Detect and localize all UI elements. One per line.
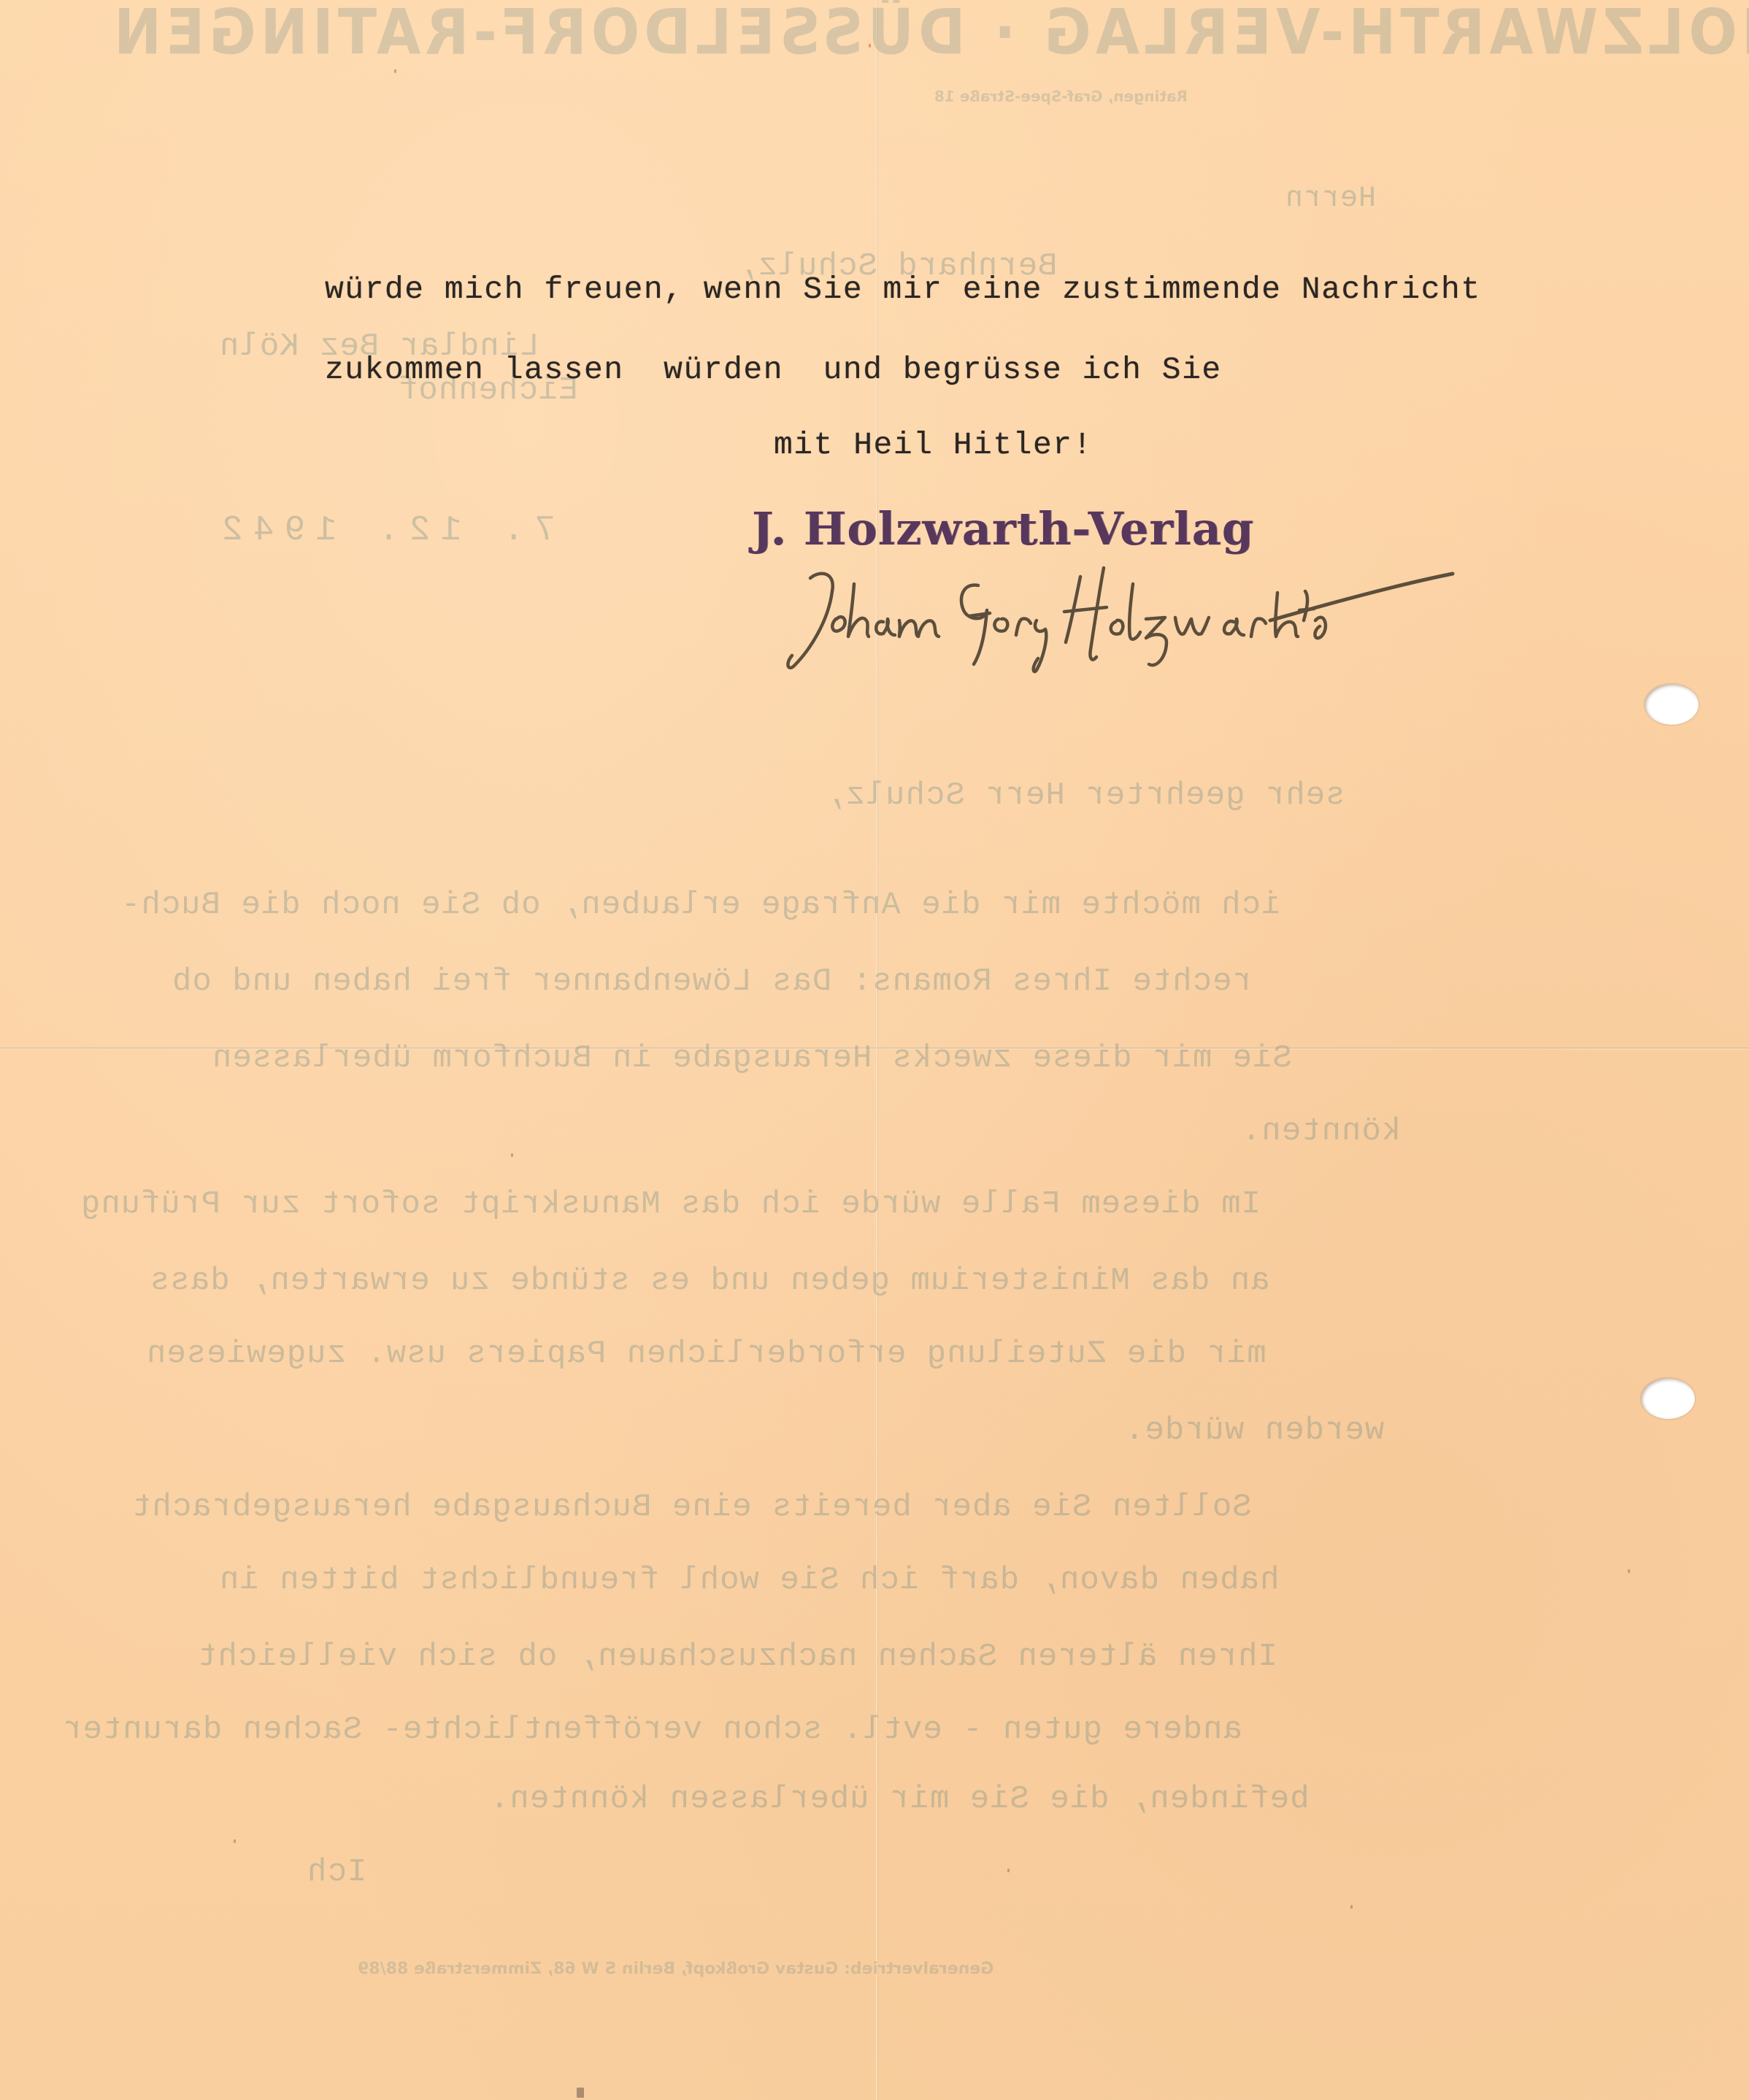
bleed-body-line: Im diesem Falle würde ich das Manuskript… [80,1186,1261,1223]
paper-speck [869,44,871,47]
closing-line: mit Heil Hitler! [774,427,1093,463]
bleed-body-line: rechte Ihres Romans: Das Löwenbanner fre… [172,964,1252,1000]
paper-speck [1007,1869,1010,1872]
paper-speck [511,1153,513,1157]
handwritten-signature [766,540,1460,679]
bleed-body-line: könnten. [1241,1113,1401,1150]
bleed-body-line: mir die Zuteilung erforderlichen Papiers… [146,1336,1266,1372]
bleed-date: 7. 12. 1942 [212,511,556,550]
paper-speck [577,2088,584,2098]
bleed-body-line: Ich [307,1854,366,1891]
paper-speck [394,69,396,73]
bleed-footer: Generalvertrieb: Gustav Großkopf, Berlin… [358,1960,993,1978]
paper-speck [234,1839,236,1843]
bleed-letterhead-sub: Ratingen, Graf-Spee-Straße 18 [934,88,1188,105]
paper-speck [1628,1569,1630,1573]
body-line-1: würde mich freuen, wenn Sie mir eine zus… [325,272,1481,307]
bleed-body-line: ich möchte mir die Anfrage erlauben, ob … [120,887,1280,923]
bleed-body-line: Sollten Sie aber bereits eine Buchausgab… [131,1489,1252,1526]
bleed-body-line: an das Ministerium geben und es stünde z… [150,1263,1270,1299]
bleed-body-line: Sie mir diese zwecks Herausgabe in Buchf… [212,1040,1292,1077]
bleed-body-line: werden würde. [1124,1412,1384,1449]
bleed-body-line: Ihren älteren Sachen nachzuschauen, ob s… [197,1639,1277,1675]
punch-hole-bottom [1641,1378,1695,1419]
punch-hole-top [1645,684,1699,725]
bleed-greeting: sehr geehrter Herr Schulz, [825,777,1345,814]
body-line-2: zukommen lassen würden und begrüsse ich … [325,352,1222,388]
bleed-letterhead: J. HOLZWARTH-VERLAG · DÜSSELDORF-RATINGE… [109,0,1749,69]
letter-page: J. HOLZWARTH-VERLAG · DÜSSELDORF-RATINGE… [0,0,1749,2100]
bleed-body-line: haben davon, darf ich Sie wohl freundlic… [219,1562,1279,1599]
bleed-body-line: befinden, die Sie mir überlassen könnten… [489,1781,1310,1818]
paper-speck [1350,1905,1353,1909]
bleed-salutation-label: Herrn [1285,182,1376,215]
bleed-body-line: andere guten - evtl. schon veröffentlich… [62,1712,1242,1748]
